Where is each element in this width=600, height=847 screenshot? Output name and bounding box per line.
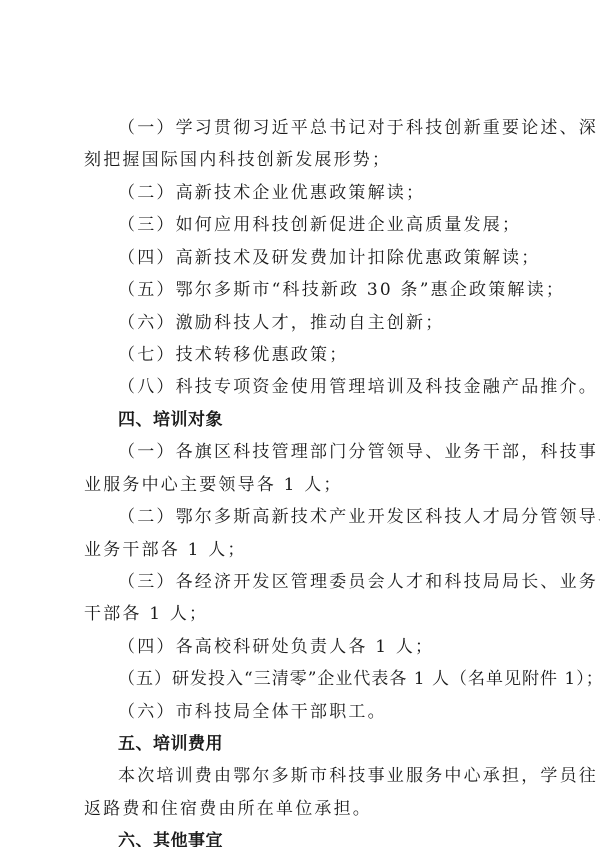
list-item: （六）市科技局全体干部职工。	[118, 702, 558, 722]
section-heading: 四、培训对象	[118, 410, 558, 430]
section-heading: 六、其他事宜	[118, 831, 558, 847]
paragraph: 本次培训费由鄂尔多斯市科技事业服务中心承担，学员往	[118, 766, 558, 786]
list-item: （一）学习贯彻习近平总书记对于科技创新重要论述、深	[118, 118, 558, 138]
list-item: （一）各旗区科技管理部门分管领导、业务干部，科技事	[118, 442, 558, 462]
list-item-continuation: 干部各 1 人；	[84, 604, 524, 624]
list-item-continuation: 业务干部各 1 人；	[84, 540, 524, 560]
list-item: （六）激励科技人才，推动自主创新；	[118, 313, 558, 333]
list-item: （五）鄂尔多斯市“科技新政 30 条”惠企政策解读；	[118, 280, 558, 300]
paragraph-continuation: 返路费和住宿费由所在单位承担。	[84, 799, 524, 819]
section-heading: 五、培训费用	[118, 734, 558, 754]
list-item: （四）各高校科研处负责人各 1 人；	[118, 637, 558, 657]
list-item-continuation: 刻把握国际国内科技创新发展形势；	[84, 150, 524, 170]
list-item: （三）如何应用科技创新促进企业高质量发展；	[118, 215, 558, 235]
list-item: （四）高新技术及研发费加计扣除优惠政策解读；	[118, 248, 558, 268]
list-item: （七）技术转移优惠政策；	[118, 345, 558, 365]
list-item: （三）各经济开发区管理委员会人才和科技局局长、业务	[118, 572, 558, 592]
list-item: （八）科技专项资金使用管理培训及科技金融产品推介。	[118, 377, 558, 397]
list-item: （二）鄂尔多斯高新技术产业开发区科技人才局分管领导、	[118, 507, 558, 527]
list-item: （五）研发投入“三清零”企业代表各 1 人（名单见附件 1）；	[118, 669, 558, 689]
list-item-continuation: 业服务中心主要领导各 1 人；	[84, 475, 524, 495]
list-item: （二）高新技术企业优惠政策解读；	[118, 183, 558, 203]
document-page: （一）学习贯彻习近平总书记对于科技创新重要论述、深 刻把握国际国内科技创新发展形…	[0, 0, 600, 847]
